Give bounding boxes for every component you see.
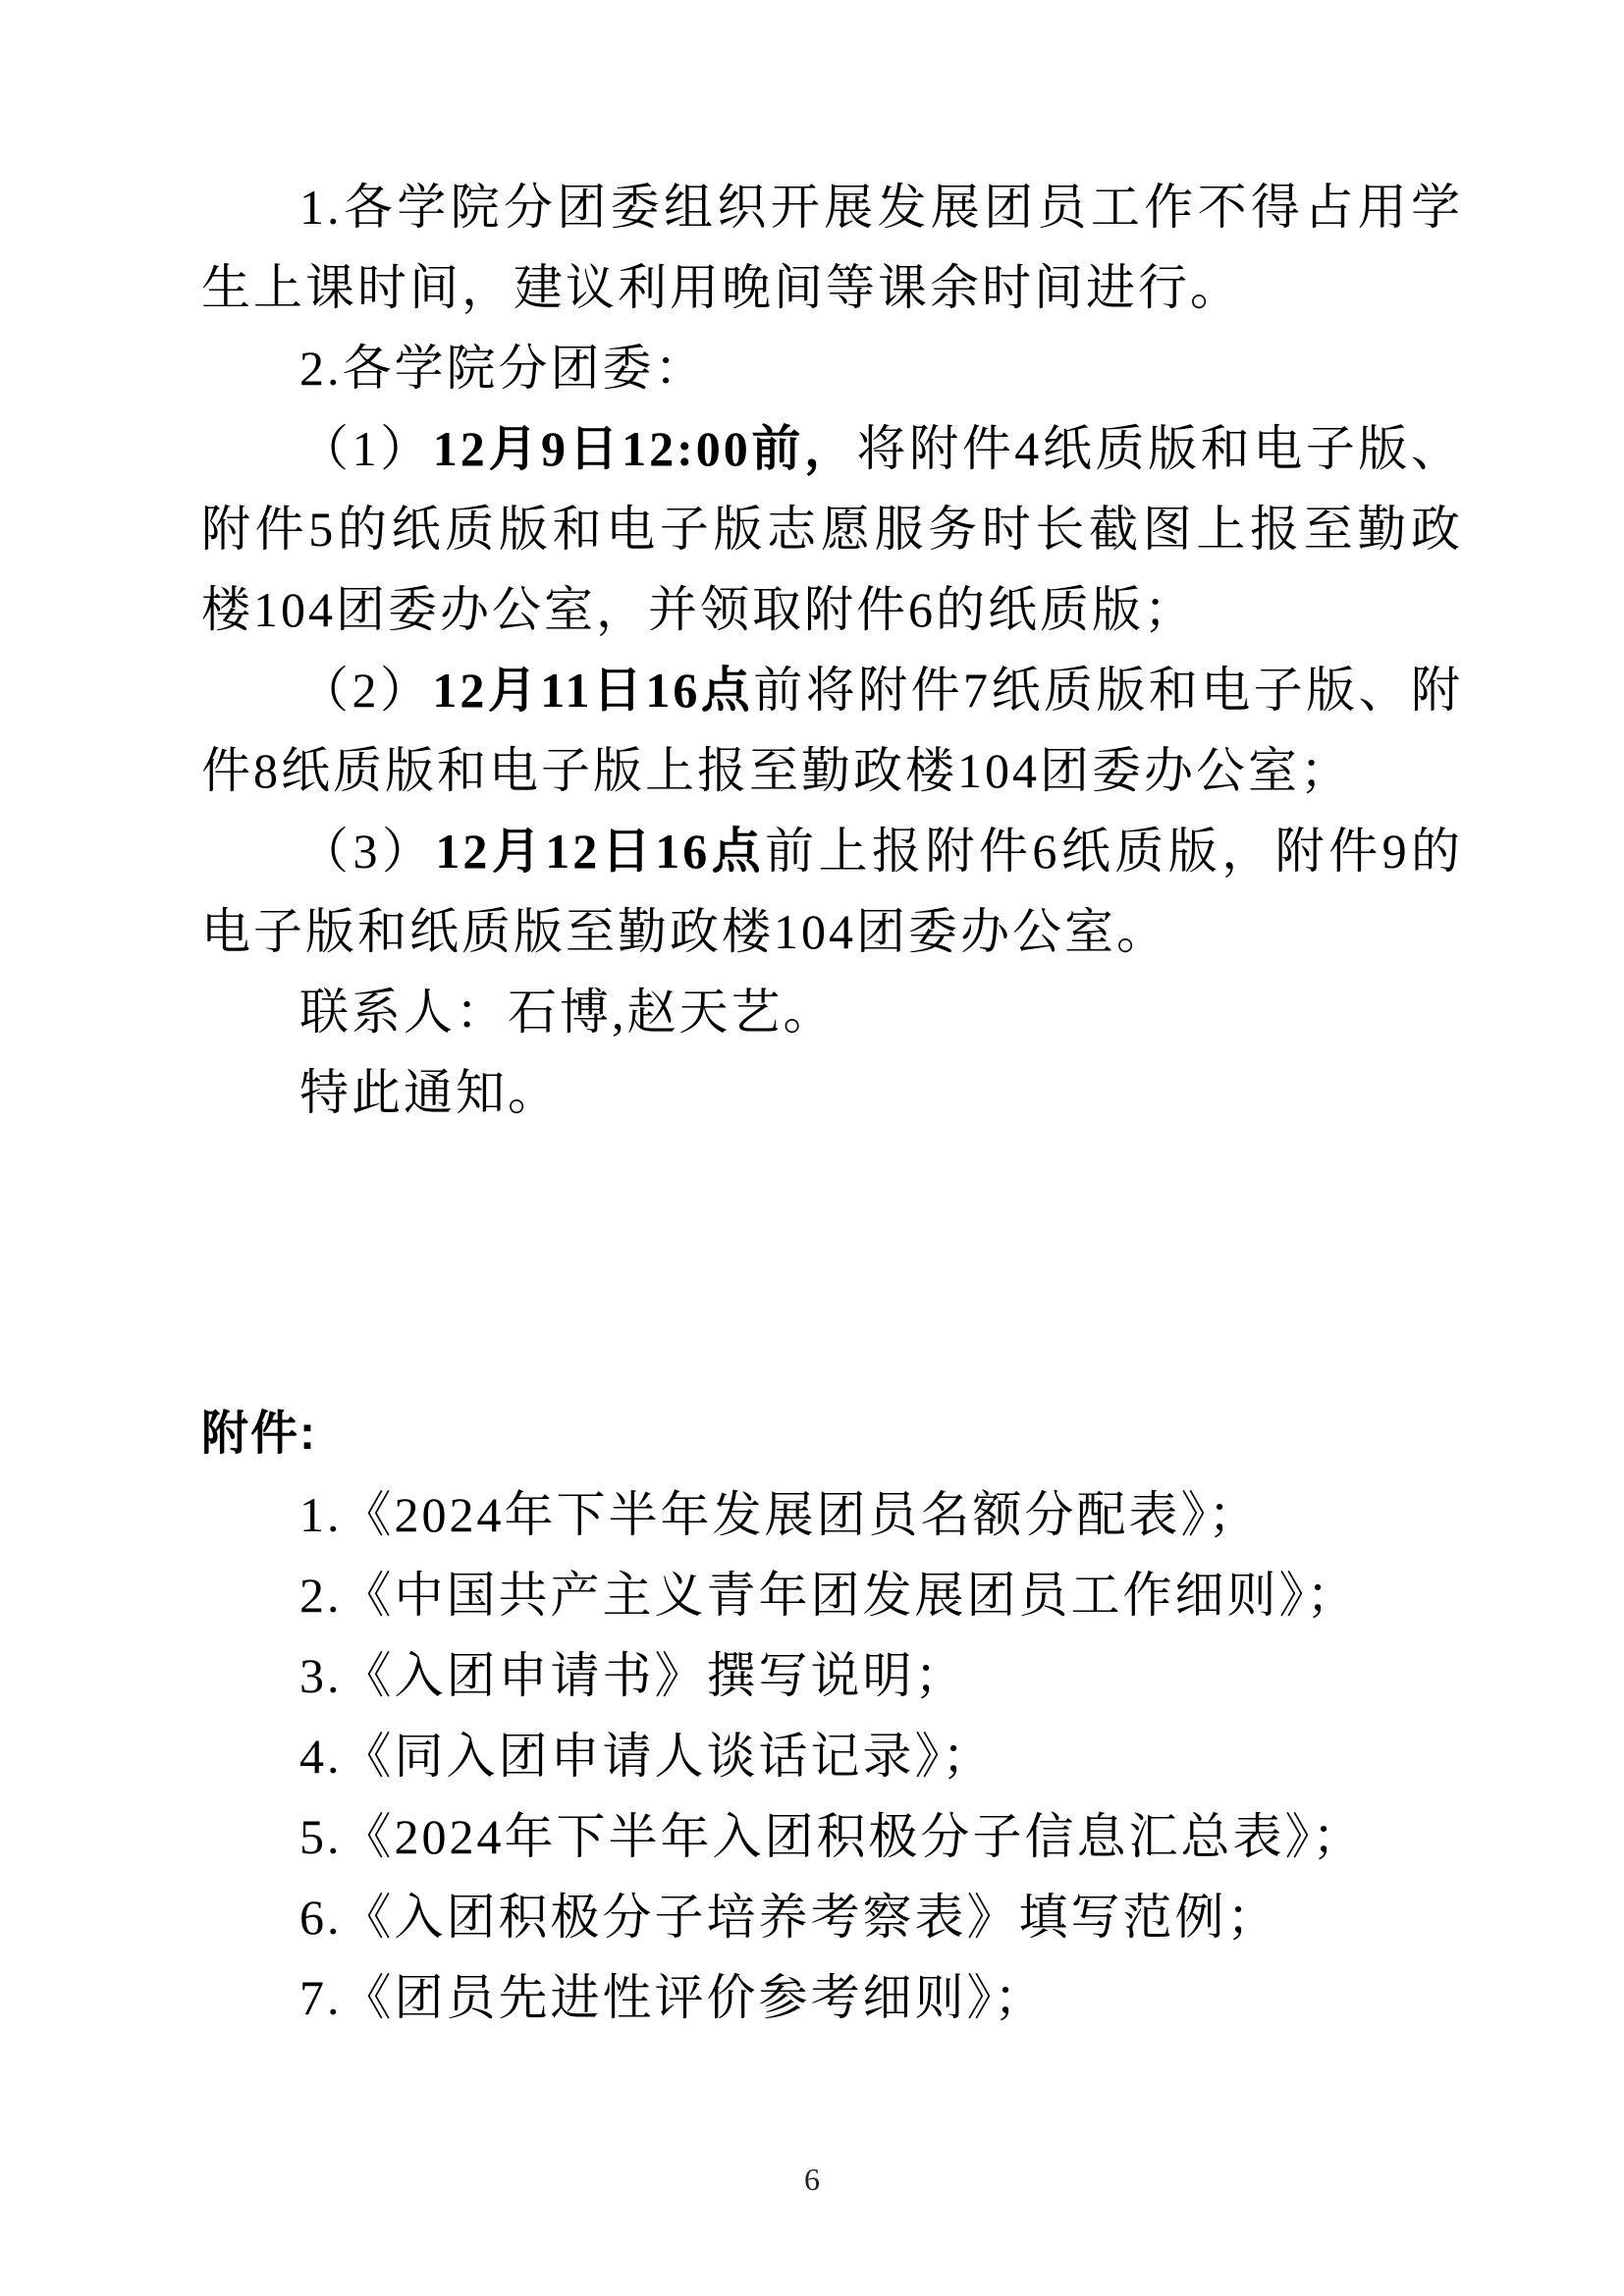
attachments-heading: 附件: — [201, 1394, 1463, 1474]
paragraph: 2.各学院分团委： — [201, 328, 1463, 408]
paragraph-text: 1.各学院分团委组织开展发展团员工作不得占用学生上课时间，建议利用晚间等课余时间… — [201, 180, 1463, 315]
attachment-item: 2.《中国共产主义青年团发展团员工作细则》； — [201, 1555, 1463, 1635]
paragraph-text: （2） — [299, 663, 432, 718]
paragraph-list: 1.各学院分团委组织开展发展团员工作不得占用学生上课时间，建议利用晚间等课余时间… — [201, 167, 1463, 1133]
attachment-item: 6.《入团积极分子培养考察表》填写范例； — [201, 1877, 1463, 1957]
document-body: 1.各学院分团委组织开展发展团员工作不得占用学生上课时间，建议利用晚间等课余时间… — [201, 167, 1463, 2038]
deadline-bold-text: 12月11日16点 — [432, 663, 753, 718]
attachment-item: 1.《2024年下半年发展团员名额分配表》； — [201, 1474, 1463, 1555]
paragraph-text: （1） — [299, 421, 433, 476]
paragraph: （1）12月9日12:00前，将附件4纸质版和电子版、附件5的纸质版和电子版志愿… — [201, 408, 1463, 650]
attachment-item: 7.《团员先进性评价参考细则》； — [201, 1957, 1463, 2038]
deadline-bold-text: 12月12日16点 — [435, 824, 765, 879]
paragraph-text: 特此通知。 — [299, 1065, 560, 1120]
paragraph: （3）12月12日16点前上报附件6纸质版，附件9的电子版和纸质版至勤政楼104… — [201, 811, 1463, 972]
paragraph-text: 联系人：石博,赵天艺。 — [299, 985, 836, 1040]
page-number: 6 — [804, 2162, 820, 2197]
paragraph-text: 2.各学院分团委： — [299, 341, 707, 396]
attachment-item: 4.《同入团申请人谈话记录》； — [201, 1716, 1463, 1796]
paragraph: （2）12月11日16点前将附件7纸质版和电子版、附件8纸质版和电子版上报至勤政… — [201, 650, 1463, 811]
attachment-list: 1.《2024年下半年发展团员名额分配表》；2.《中国共产主义青年团发展团员工作… — [201, 1474, 1463, 2038]
document-page: 1.各学院分团委组织开展发展团员工作不得占用学生上课时间，建议利用晚间等课余时间… — [0, 0, 1624, 2296]
paragraph: 特此通知。 — [201, 1052, 1463, 1133]
attachment-item: 5.《2024年下半年入团积极分子信息汇总表》； — [201, 1796, 1463, 1877]
deadline-bold-text: 12月9日12:00前， — [433, 421, 857, 476]
paragraph: 1.各学院分团委组织开展发展团员工作不得占用学生上课时间，建议利用晚间等课余时间… — [201, 167, 1463, 328]
page-footer: 6 — [0, 2160, 1624, 2199]
attachment-item: 3.《入团申请书》撰写说明； — [201, 1635, 1463, 1716]
paragraph-text: （3） — [299, 824, 435, 879]
paragraph: 联系人：石博,赵天艺。 — [201, 972, 1463, 1052]
